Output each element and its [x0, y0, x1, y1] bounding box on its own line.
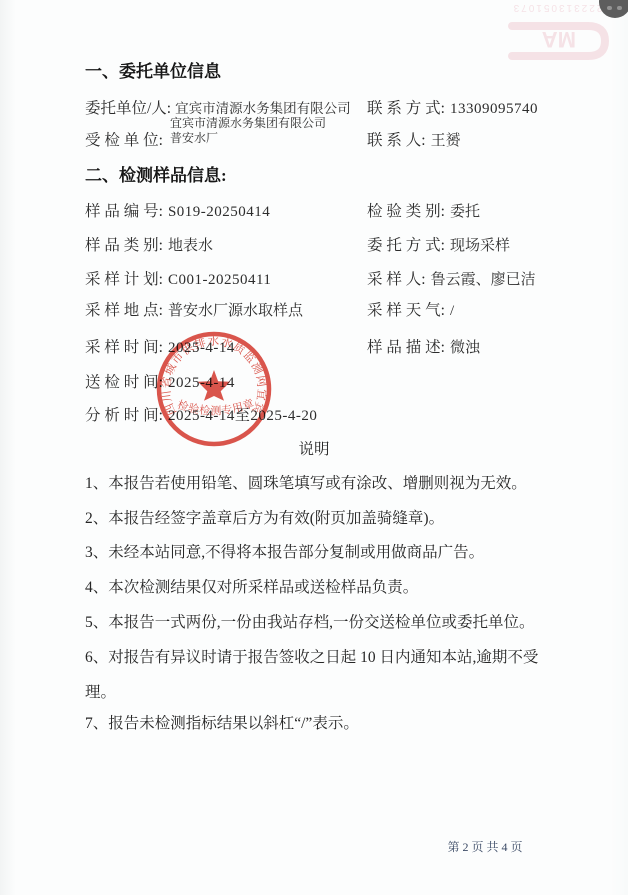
field-label: 送 检 时 间:: [85, 374, 163, 391]
note-item-4: 4、本次检测结果仅对所采样品或送检样品负责。: [85, 570, 565, 605]
contact-method-label: 联 系 方 式:: [367, 100, 445, 117]
section-title-sample-info: 二、检测样品信息:: [85, 161, 227, 186]
inspected-unit-label: 受 检 单 位:: [85, 132, 163, 149]
report-page: MA 222313051073 一、委托单位信息 委托单位/人:宜宾市清源水务集…: [0, 0, 628, 895]
sample-row: 分 析 时 间:2025-4-14至2025-4-20: [0, 403, 628, 425]
field-label: 采 样 天 气:: [367, 302, 445, 319]
field-label: 采 样 地 点:: [85, 302, 163, 319]
client-label: 委托单位/人:: [85, 100, 171, 117]
field-value: 鲁云霞、廖已洁: [431, 272, 536, 288]
field-label: 检 验 类 别:: [367, 203, 445, 220]
contact-person-label: 联 系 人:: [367, 132, 426, 149]
widget-dot-icon: [617, 6, 622, 10]
field-label: 采 样 计 划:: [85, 271, 163, 288]
field-label: 采 样 人:: [367, 271, 426, 288]
note-item-7: 7、报告未检测指标结果以斜杠“/”表示。: [85, 706, 565, 741]
note-item-3: 3、未经本站同意,不得将本报告部分复制或用做商品广告。: [85, 535, 565, 570]
page-number-indicator: 第 2 页 共 4 页: [420, 838, 550, 855]
sample-row: 送 检 时 间:2025-4-14: [0, 370, 628, 392]
field-label: 样 品 类 别:: [85, 237, 163, 254]
cma-watermark: MA 222313051073: [498, 2, 616, 63]
field-value: 2025-4-14至2025-4-20: [168, 408, 317, 424]
field-label: 样 品 描 述:: [367, 339, 445, 356]
client-value: 宜宾市清源水务集团有限公司: [175, 101, 351, 116]
sample-row: 采 样 时 间:2025-4-14 样 品 描 述:微浊: [0, 335, 628, 357]
sample-row: 采 样 计 划:C001-20250411 采 样 人:鲁云霞、廖已洁: [0, 267, 628, 289]
client-row: 委托单位/人:宜宾市清源水务集团有限公司 联 系 方 式:13309095740: [0, 96, 628, 118]
note-item-1: 1、本报告若使用铅笔、圆珠笔填写或有涂改、增删则视为无效。: [85, 466, 565, 501]
field-value: S019-20250414: [168, 204, 270, 220]
field-value: 微浊: [450, 340, 480, 356]
inspected-unit-row: 受 检 单 位: 宜宾市清源水务集团有限公司 普安水厂 联 系 人:王赟: [0, 128, 628, 150]
field-value: C001-20250411: [168, 272, 271, 288]
field-label: 委 托 方 式:: [367, 237, 445, 254]
sample-row: 样 品 编 号:S019-20250414 检 验 类 别:委托: [0, 199, 628, 221]
cma-logo-icon: MA: [502, 19, 612, 63]
section-title-client-info: 一、委托单位信息: [85, 57, 221, 82]
contact-person-value: 王赟: [431, 133, 461, 149]
field-label: 分 析 时 间:: [85, 407, 163, 424]
contact-method-value: 13309095740: [450, 101, 538, 117]
widget-dot-icon: [607, 6, 612, 10]
field-value: 2025-4-14: [168, 340, 235, 356]
field-value: 地表水: [168, 238, 213, 254]
note-item-5: 5、本报告一式两份,一份由我站存档,一份交送检单位或委托单位。: [85, 605, 565, 640]
corner-widget-button[interactable]: [599, 0, 628, 18]
svg-text:MA: MA: [542, 27, 576, 52]
field-label: 样 品 编 号:: [85, 203, 163, 220]
sample-row: 采 样 地 点:普安水厂源水取样点 采 样 天 气:/: [0, 298, 628, 320]
field-value: /: [450, 303, 454, 319]
note-item-2: 2、本报告经签字盖章后方为有效(附页加盖骑缝章)。: [85, 501, 565, 536]
field-value: 委托: [450, 204, 480, 220]
sample-row: 样 品 类 别:地表水 委 托 方 式:现场采样: [0, 233, 628, 255]
notes-title: 说明: [0, 437, 628, 459]
note-item-6: 6、对报告有异议时请于报告签收之日起 10 日内通知本站,逾期不受理。: [85, 640, 565, 710]
field-label: 采 样 时 间:: [85, 339, 163, 356]
field-value: 普安水厂源水取样点: [168, 303, 303, 319]
inspected-unit-value: 宜宾市清源水务集团有限公司 普安水厂: [170, 116, 326, 146]
field-value: 现场采样: [450, 238, 510, 254]
field-value: 2025-4-14: [168, 375, 235, 391]
